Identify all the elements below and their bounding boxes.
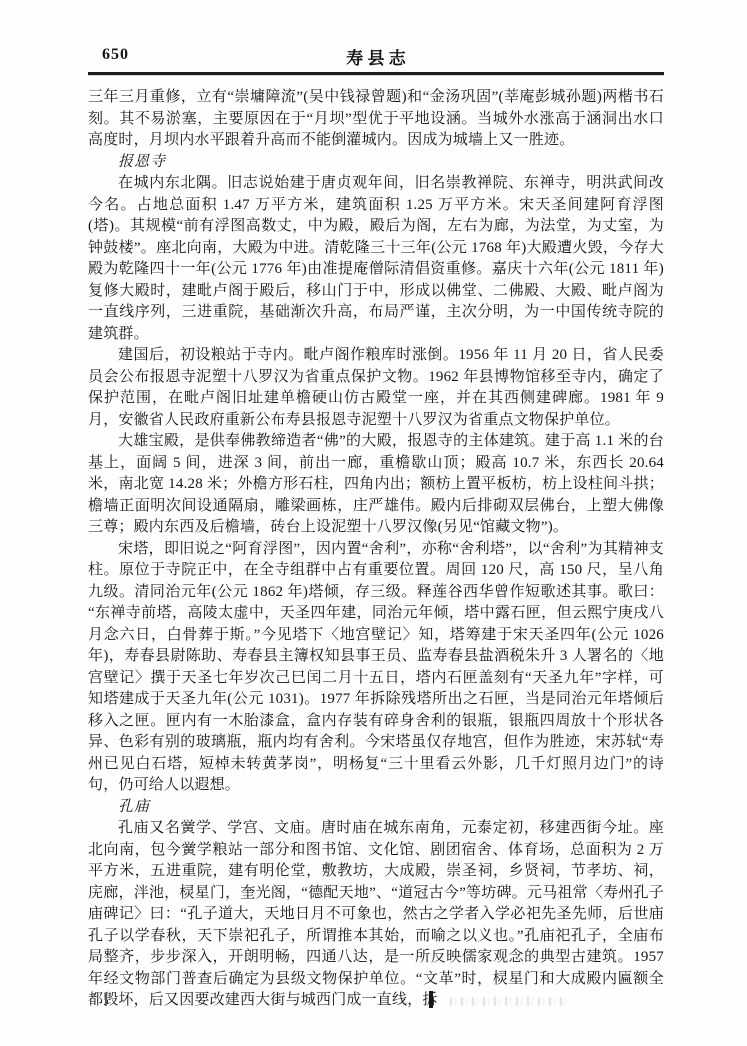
scan-artifact-bar [429, 991, 433, 1008]
scanned-book-page: 650 寿 县 志 三年三月重修，立有“崇墉障流”(吴中钱禄曾题)和“金汤巩固”… [0, 0, 747, 1046]
header-rule [88, 72, 664, 75]
body-paragraph: 大雄宝殿，是供奉佛教缔造者“佛”的大殿，报恩寺的主体建筑。建于高 1.1 米的台… [88, 431, 664, 539]
body-paragraph: 宋塔，即旧说之“阿育浮图”，因内置“舍利”，亦称“舍利塔”，以“舍利”为其精神支… [88, 539, 664, 797]
text-column: 650 寿 县 志 三年三月重修，立有“崇墉障流”(吴中钱禄曾题)和“金汤巩固”… [88, 44, 664, 1012]
section-heading: 孔庙 [88, 797, 664, 819]
body-paragraph: 建国后，初设粮站于寺内。毗卢阁作粮库时涨倒。1956 年 11 月 20 日，省… [88, 345, 664, 431]
section-heading: 报恩寺 [88, 152, 664, 174]
scan-artifact-dot [350, 995, 353, 998]
body-text: 三年三月重修，立有“崇墉障流”(吴中钱禄曾题)和“金汤巩固”(莘庵彭城孙题)两楷… [88, 87, 664, 1012]
body-paragraph: 三年三月重修，立有“崇墉障流”(吴中钱禄曾题)和“金汤巩固”(莘庵彭城孙题)两楷… [88, 87, 664, 152]
body-paragraph: 孔庙又名黉学、学宫、文庙。唐时庙在城东南角，元泰定初，移建西街今址。座北向南，包… [88, 818, 664, 1012]
body-paragraph: 在城内东北隅。旧志说始建于唐贞观年间，旧名崇教禅院、东禅寺，明洪武间改今名。占地… [88, 173, 664, 345]
scan-artifact-smudge [450, 997, 568, 1006]
book-title: 寿 县 志 [88, 44, 664, 69]
running-head: 650 寿 县 志 [88, 44, 664, 68]
